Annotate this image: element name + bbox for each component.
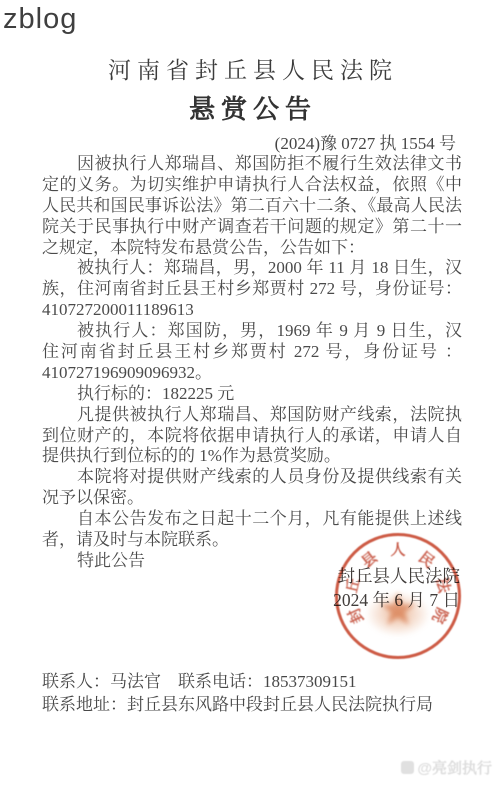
signature-block: 封丘县人民法院 2024 年 6 月 7 日: [333, 564, 460, 612]
page: zblog 河南省封丘县人民法院 悬赏公告 (2024)豫 0727 执 155…: [0, 0, 500, 789]
body-line: 人民共和国民事诉讼法》第二百六十二条、《最高人民法: [42, 196, 462, 217]
site-logo[interactable]: zblog: [3, 3, 77, 36]
signature-court: 封丘县人民法院: [333, 564, 460, 588]
body-line: 到位财产的，本院将依据申请执行人的承诺，申请人自愿: [42, 426, 462, 447]
body-line: 况予以保密。: [42, 488, 462, 509]
body-line: 被执行人：郑瑞昌，男，2000 年 11 月 18 日生，汉: [42, 258, 462, 279]
body-line: 自本公告发布之日起十二个月，凡有能提供上述线索: [42, 509, 462, 530]
contact-block: 联系人：马法官 联系电话：18537309151 联系地址：封丘县东风路中段封丘…: [42, 671, 433, 716]
case-number: (2024)豫 0727 执 1554 号: [275, 129, 456, 154]
notice-title: 悬赏公告: [0, 89, 500, 126]
body-line: 凡提供被执行人郑瑞昌、郑国防财产线索，法院执行: [42, 405, 462, 426]
body-line: 住河南省封丘县王村乡郑贾村 272 号，身份证号 ：: [42, 342, 462, 363]
body-line: 院关于民事执行中财产调查若干问题的规定》第二十一条: [42, 217, 462, 238]
court-name-title: 河南省封丘县人民法院: [0, 52, 500, 85]
contact-address-line: 联系地址：封丘县东风路中段封丘县人民法院执行局: [42, 694, 433, 717]
body-line: 族，住河南省封丘县王村乡郑贾村 272 号，身份证号：: [42, 279, 462, 300]
watermark-text: @亮剑执行: [417, 757, 492, 778]
watermark: @亮剑执行: [401, 757, 492, 778]
body-line: 之规定，本院特发布悬赏公告，公告如下：: [42, 238, 462, 259]
body-line: 410727200011189613: [42, 300, 462, 321]
body-line: 本院将对提供财产线索的人员身份及提供线索有关情: [42, 467, 462, 488]
body-line: 被执行人：郑国防，男，1969 年 9 月 9 日生，汉族，: [42, 321, 462, 342]
body-line: 410727196909096932。: [42, 363, 462, 384]
body-line: 者，请及时与本院联系。: [42, 530, 462, 551]
body-line: 因被执行人郑瑞昌、郑国防拒不履行生效法律文书确: [42, 154, 462, 175]
contact-person-line: 联系人：马法官 联系电话：18537309151: [42, 671, 433, 694]
body-line: 执行标的：182225 元: [42, 384, 462, 405]
document-body: 因被执行人郑瑞昌、郑国防拒不履行生效法律文书确定的义务。为切实维护申请执行人合法…: [42, 154, 462, 572]
body-line: 定的义务。为切实维护申请执行人合法权益，依照《中华: [42, 175, 462, 196]
watermark-logo-icon: [401, 761, 414, 774]
body-line: 提供执行到位标的的 1%作为悬赏奖励。: [42, 446, 462, 467]
signature-date: 2024 年 6 月 7 日: [333, 588, 460, 612]
